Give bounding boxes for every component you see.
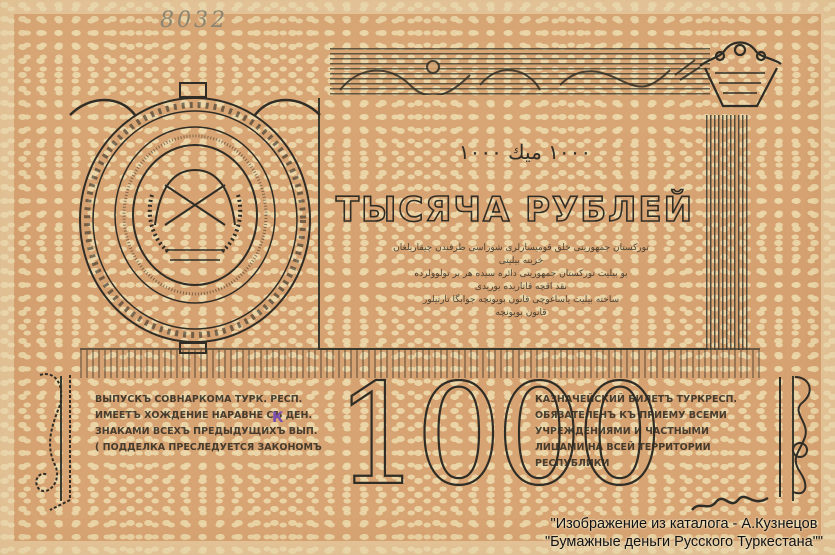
arabic-line: ﻧﻘﺪ ﺍﻗﭽﻪ ﻗﺎﺗﺎﺭﻳﺪﻩ ﻳﻮﺭﻳﺪﯼ bbox=[338, 281, 704, 294]
signature-icon bbox=[690, 490, 770, 515]
arabic-line: ﺳﺎﺧﺘﻪ ﺑﻴﻠﻴﺖ ﻳﺎﺳﺎﻏﻮﭼﯽ ﻗﺎﻧﻮﻥ ﺑﻮﻳﻮﻧﭽﻪ ﺟﻮﺍﺑﮕ… bbox=[338, 294, 704, 307]
banknote-1000-rubles: 8032 bbox=[0, 0, 835, 555]
right-text-line: КАЗНАЧЕЙСКИЙ БИЛЕТЪ ТУРКРЕСП. bbox=[535, 392, 765, 408]
left-text-line: ЗНАКАМИ ВСЕХЪ ПРЕДЫДУЩИХЪ ВЫП. bbox=[95, 424, 325, 440]
right-text-block: КАЗНАЧЕЙСКИЙ БИЛЕТЪ ТУРКРЕСП. ОБЯЗАТЕЛЕН… bbox=[535, 392, 765, 472]
arabic-line: ﻗﺎﻧﻮﻥ ﺑﻮﻳﻮﻧﭽﻪ bbox=[338, 307, 704, 320]
watermark-line-2: "Бумажные деньги Русского Туркестана"" bbox=[545, 533, 823, 551]
left-text-block: ВЫПУСКЪ СОВНАРКОМА ТУРК. РЕСП. ИМЕЕТЪ ХО… bbox=[95, 392, 325, 456]
denomination-title: ТЫСЯЧА РУБЛЕЙ bbox=[330, 190, 700, 230]
right-text-line: ЛИЦАМИ НА ВСЕЙ ТЕРРИТОРИИ bbox=[535, 440, 765, 456]
right-text-line: ОБЯЗАТЕЛЕНЪ КЪ ПРИЕМУ ВСЕМИ bbox=[535, 408, 765, 424]
arabic-line: ﺑﻮ ﺑﻴﻠﻴﺖ ﺗﻮﺭﻛﺴﺘﺎﻥ ﺟﻤﻬﻮﺭﻳﺘﯽ ﺩﺍﺋﺮﻩ ﺳﻴﺪﻩ ﻫﺮ… bbox=[338, 268, 704, 281]
left-text-line: ИМЕЕТЪ ХОЖДЕНИЕ НАРАВНЕ СЪ ДЕН. bbox=[95, 408, 325, 424]
arabic-text-block: ﺗﻮﺭﻛﺴﺘﺎﻥ ﺟﻤﻬﻮﺭﻳﺘﯽ ﺧﻠﻖ ﻗﻮﻣﻴﺴﺎﺭﻟﺮﯼ ﺷﻮﺭﺍﺳﯽ … bbox=[338, 242, 704, 320]
right-scroll-ornament-icon bbox=[775, 372, 820, 502]
handwritten-serial: 8032 bbox=[160, 8, 228, 33]
arabic-line: ﺗﻮﺭﻛﺴﺘﺎﻥ ﺟﻤﻬﻮﺭﻳﺘﯽ ﺧﻠﻖ ﻗﻮﻣﻴﺴﺎﺭﻟﺮﯼ ﺷﻮﺭﺍﺳﯽ … bbox=[338, 242, 704, 255]
coat-of-arms-seal-icon bbox=[60, 75, 330, 355]
watermark-line-1: "Изображение из каталога - А.Кузнецов bbox=[545, 515, 823, 533]
left-text-line: ВЫПУСКЪ СОВНАРКОМА ТУРК. РЕСП. bbox=[95, 392, 325, 408]
catalog-watermark: "Изображение из каталога - А.Кузнецов "Б… bbox=[545, 515, 823, 551]
left-text-line: ( ПОДДЕЛКА ПРЕСЛЕДУЕТСЯ ЗАКОНОМЪ ) bbox=[95, 440, 325, 456]
purple-stamp-mark: К bbox=[272, 410, 283, 426]
right-text-line: УЧРЕЖДЕНИЯМИ И ЧАСТНЫМИ bbox=[535, 424, 765, 440]
pillar-capital-icon bbox=[695, 38, 785, 110]
arabic-numerals-header: ١٠٠٠ ﻣﯿﻚ ١٠٠٠ bbox=[385, 140, 665, 164]
ornamental-pillar bbox=[706, 115, 748, 350]
denomination-numeral: 1000 bbox=[335, 367, 510, 506]
arabic-line: ﺧﺰﻳﻨﻪ ﺑﻴﻠﻴﺘﯽ bbox=[338, 255, 704, 268]
left-scroll-ornament-icon bbox=[30, 365, 80, 515]
frieze-ornament-icon bbox=[330, 55, 710, 95]
right-text-line: РЕСПУБЛИКИ bbox=[535, 456, 765, 472]
